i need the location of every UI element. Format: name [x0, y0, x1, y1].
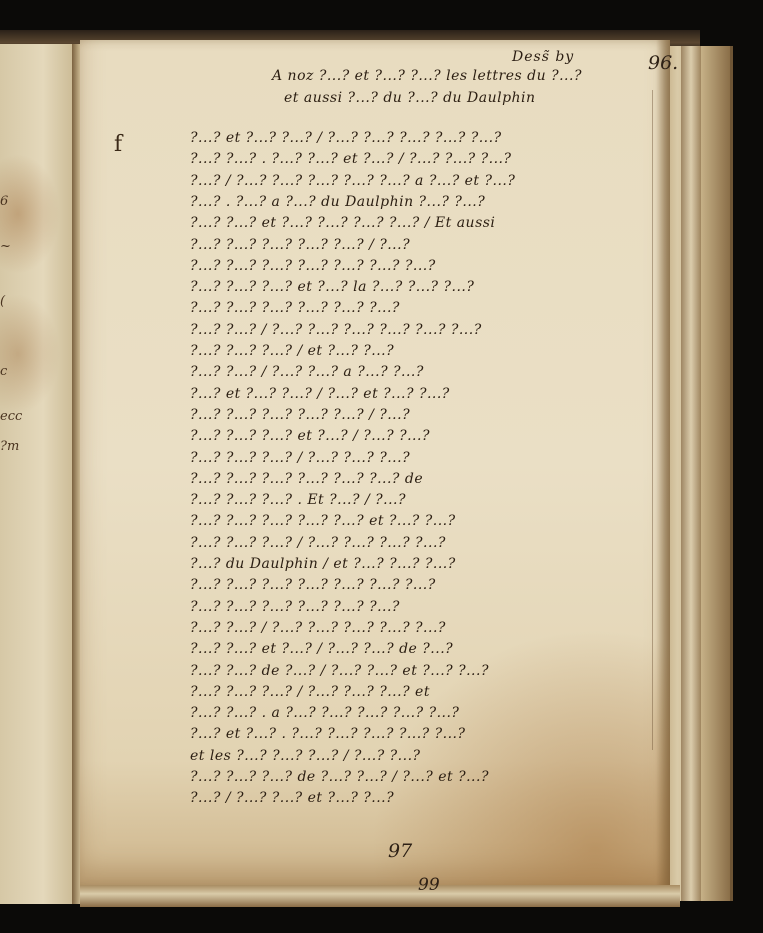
left-facing-page: 6 ~ ( c ecc ?m	[0, 44, 74, 904]
folio-number-top: 96.	[648, 52, 678, 74]
left-page-fragment: ecc	[0, 409, 22, 424]
left-page-fragment: ?m	[0, 439, 19, 454]
left-page-fragment: (	[0, 294, 5, 309]
page-fold	[681, 46, 701, 901]
book-gutter	[72, 44, 80, 904]
folio-number-bottom: 97	[388, 840, 412, 862]
margin-mark: f	[114, 132, 122, 157]
left-page-fragment: ~	[0, 239, 11, 254]
water-stain	[0, 154, 60, 274]
page-stack-bottom	[80, 885, 680, 907]
heading-line: A noz ?...? et ?...? ?...? les lettres d…	[272, 68, 582, 84]
water-stain	[0, 294, 60, 414]
folio-number-bottom-secondary: 99	[418, 875, 440, 895]
catchword: Dess̃ by	[512, 49, 574, 65]
heading-line: et aussi ?...? du ?...? du Daulphin	[284, 90, 536, 106]
manuscript-line: ?...? / ?...? ?...? et ?...? ?...?	[190, 790, 660, 814]
left-page-fragment: 6	[0, 194, 8, 209]
left-page-fragment: c	[0, 364, 7, 379]
